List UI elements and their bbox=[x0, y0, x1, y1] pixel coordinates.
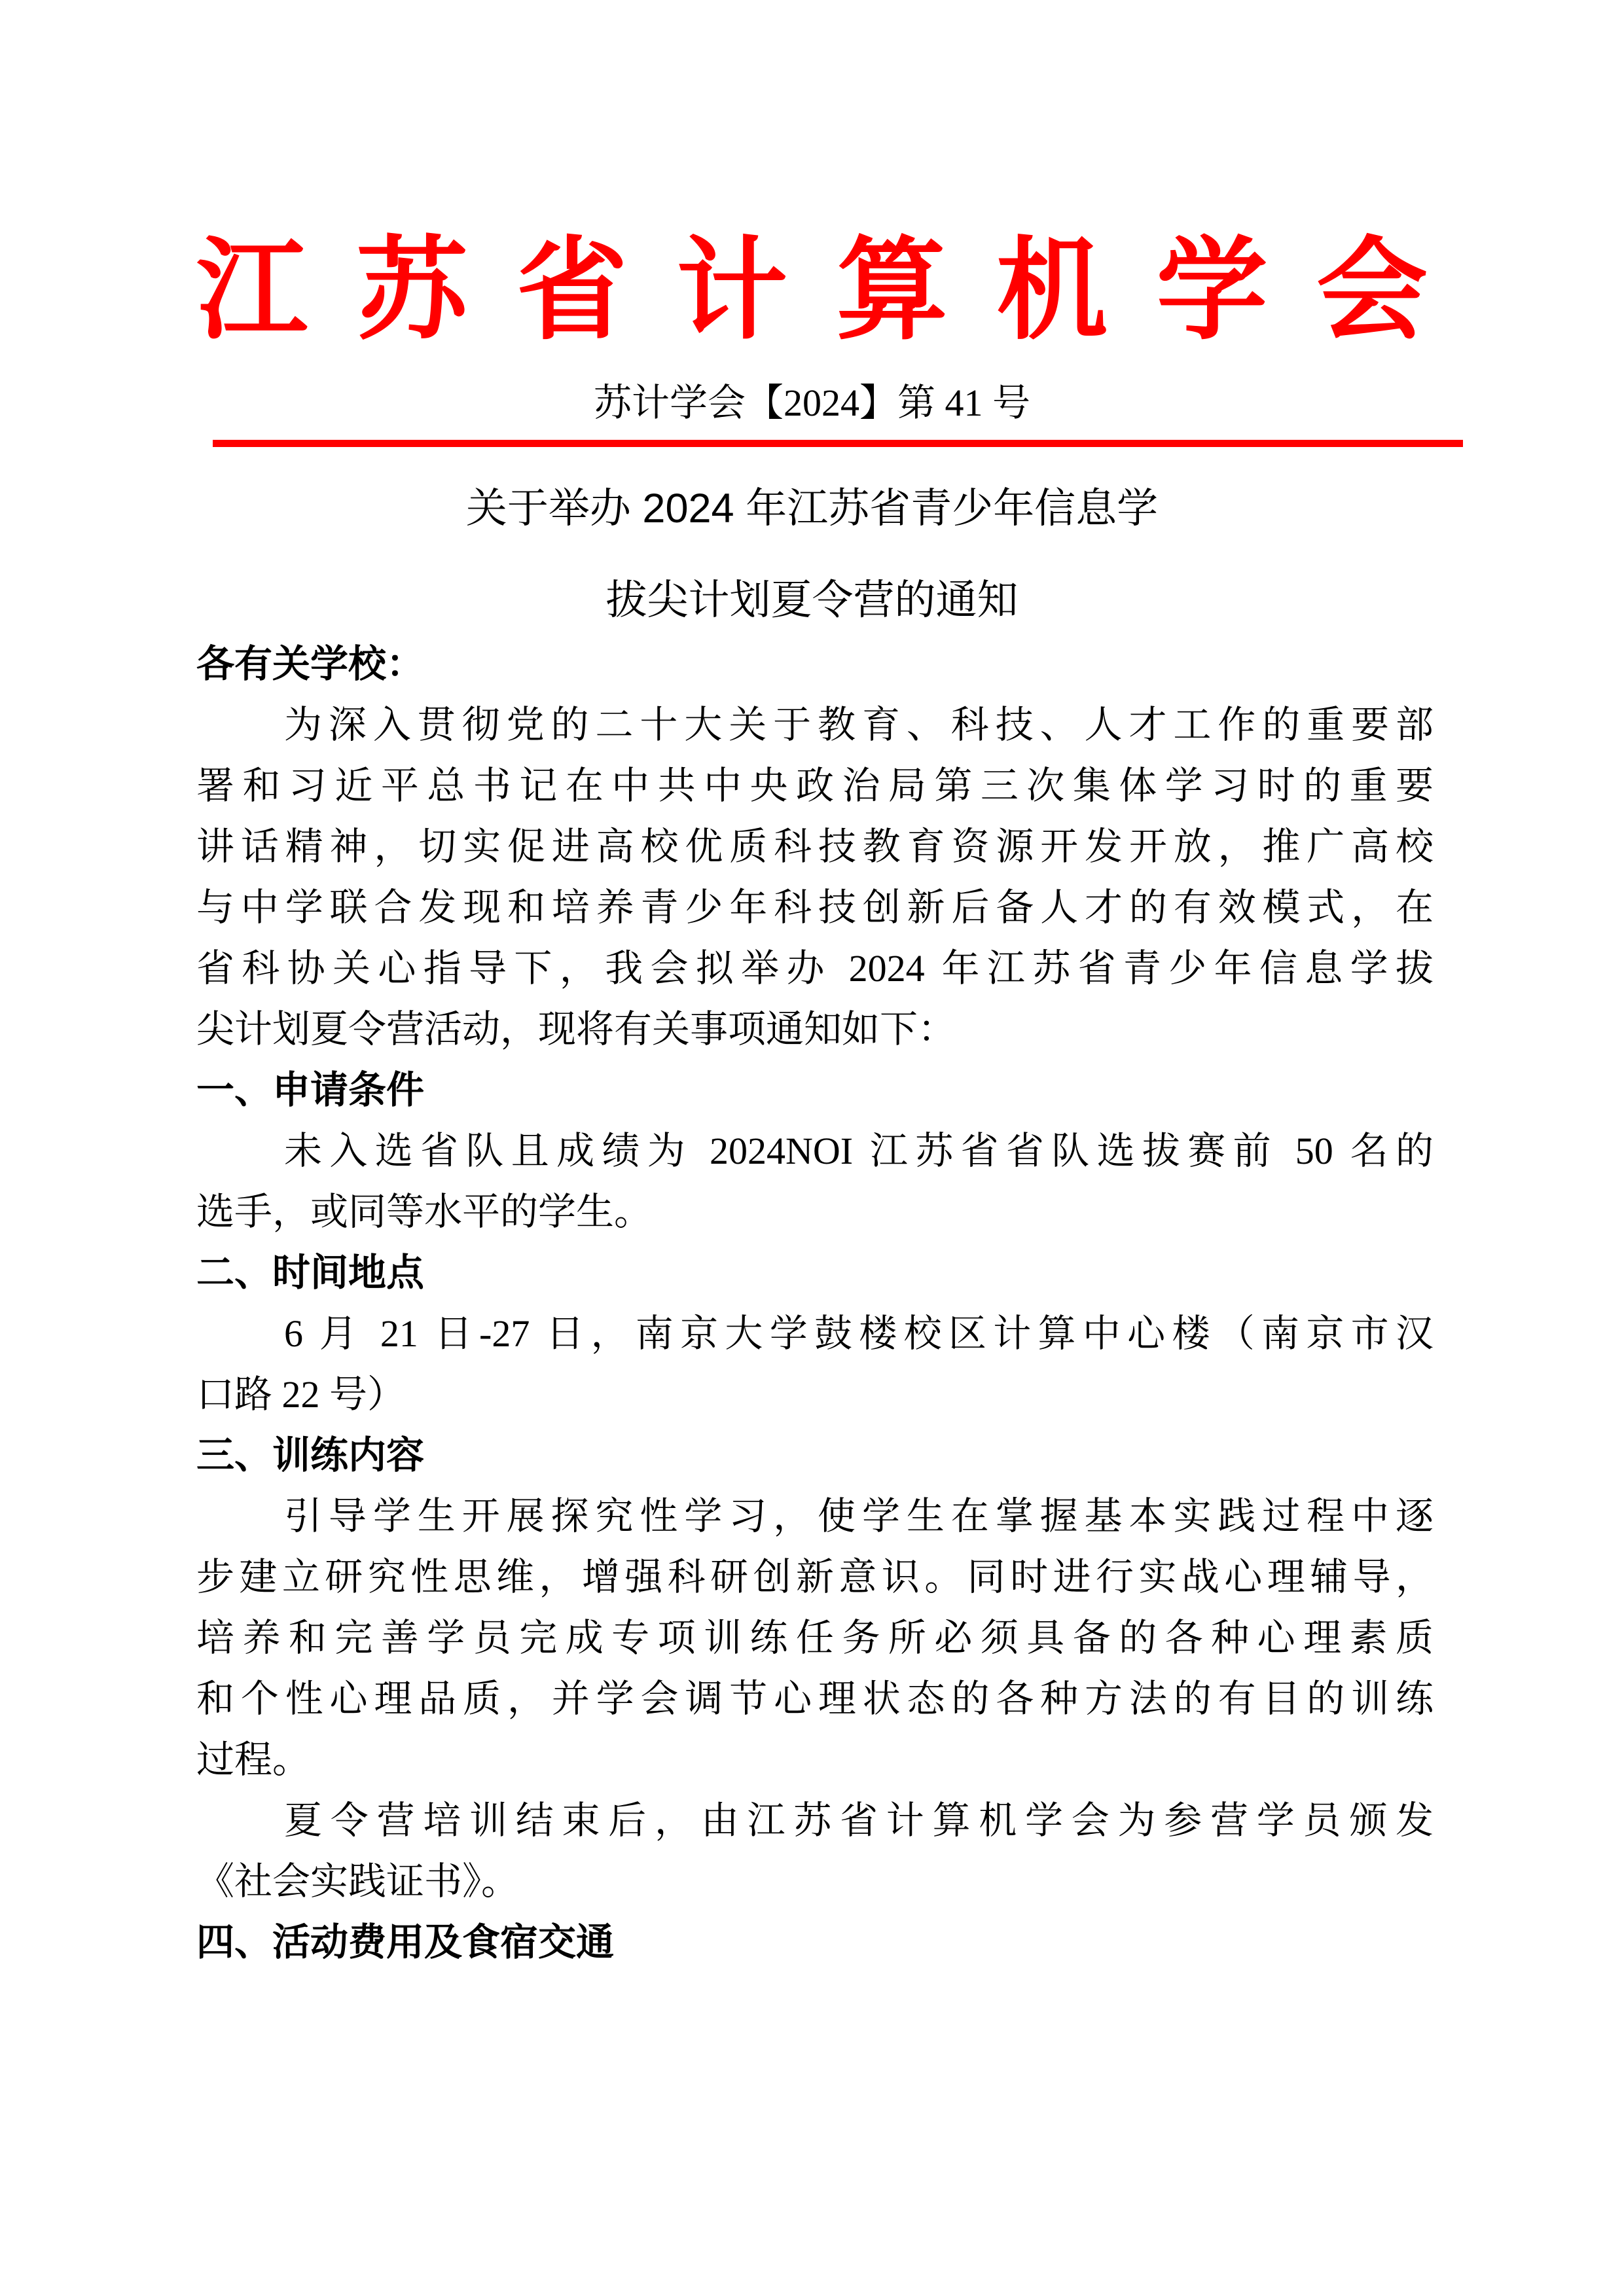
body-line: 未入选省队且成绩为 2024NOI 江苏省省队选拔赛前 50 名的 bbox=[196, 1121, 1434, 1181]
organization-masthead: 江苏省计算机学会 bbox=[196, 216, 1428, 367]
document-title-line2: 拔尖计划夏令营的通知 bbox=[0, 571, 1624, 630]
body-line: 和个性心理品质，并学会调节心理状态的各种方法的有目的训练 bbox=[196, 1668, 1434, 1729]
body-line: 6 月 21 日-27 日，南京大学鼓楼校区计算中心楼（南京市汉 bbox=[196, 1303, 1434, 1364]
body-line: 为深入贯彻党的二十大关于教育、科技、人才工作的重要部 bbox=[196, 694, 1434, 755]
document-title-line1: 关于举办 2024 年江苏省青少年信息学 bbox=[0, 479, 1624, 538]
body-line: 省科协关心指导下，我会拟举办 2024 年江苏省青少年信息学拔 bbox=[196, 938, 1434, 999]
body-line: 引导学生开展探究性学习，使学生在掌握基本实践过程中逐 bbox=[196, 1486, 1434, 1547]
body-line: 尖计划夏令营活动，现将有关事项通知如下： bbox=[196, 999, 1434, 1060]
body-line: 过程。 bbox=[196, 1729, 1434, 1790]
document-number: 苏计学会【2024】第 41 号 bbox=[0, 376, 1624, 430]
section-heading-1: 一、申请条件 bbox=[196, 1060, 1434, 1121]
body-line: 步建立研究性思维，增强科研创新意识。同时进行实战心理辅导， bbox=[196, 1547, 1434, 1607]
document-body: 各有关学校： 为深入贯彻党的二十大关于教育、科技、人才工作的重要部 署和习近平总… bbox=[196, 634, 1434, 1973]
document-page: 江苏省计算机学会 苏计学会【2024】第 41 号 关于举办 2024 年江苏省… bbox=[0, 0, 1624, 2296]
body-line: 夏令营培训结束后，由江苏省计算机学会为参营学员颁发 bbox=[196, 1790, 1434, 1851]
body-line: 选手，或同等水平的学生。 bbox=[196, 1181, 1434, 1242]
body-line: 口路 22 号） bbox=[196, 1364, 1434, 1425]
body-line: 与中学联合发现和培养青少年科技创新后备人才的有效模式，在 bbox=[196, 877, 1434, 938]
section-heading-3: 三、训练内容 bbox=[196, 1425, 1434, 1486]
section-heading-2: 二、时间地点 bbox=[196, 1242, 1434, 1303]
body-line: 署和习近平总书记在中共中央政治局第三次集体学习时的重要 bbox=[196, 755, 1434, 816]
body-line: 讲话精神，切实促进高校优质科技教育资源开发开放，推广高校 bbox=[196, 816, 1434, 877]
salutation-line: 各有关学校： bbox=[196, 634, 1434, 694]
section-heading-4: 四、活动费用及食宿交通 bbox=[196, 1912, 1434, 1973]
body-line: 培养和完善学员完成专项训练任务所必须具备的各种心理素质 bbox=[196, 1607, 1434, 1668]
masthead-divider-rule bbox=[213, 440, 1463, 447]
body-line: 《社会实践证书》。 bbox=[196, 1851, 1434, 1912]
